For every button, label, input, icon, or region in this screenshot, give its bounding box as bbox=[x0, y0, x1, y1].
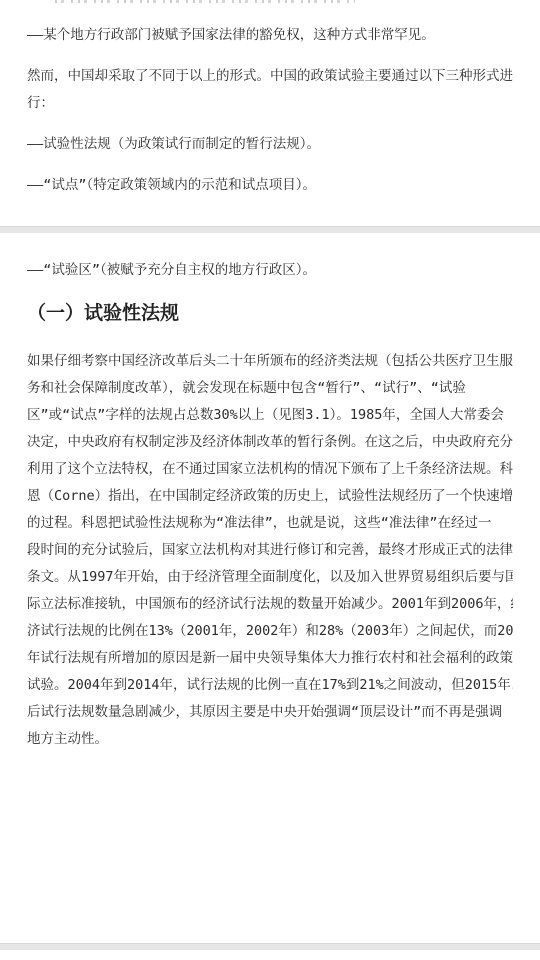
clipped-text-remnant bbox=[55, 0, 355, 3]
paragraph-line: 行： bbox=[27, 90, 513, 117]
page-gap-separator bbox=[0, 943, 540, 950]
paragraph-line: 年试行法规有所增加的原因是新一届中央领导集体大力推行农村和社会福利的政策 bbox=[27, 645, 513, 672]
paragraph-line: 区”或“试点”字样的法规占总数30%以上（见图3.1）。1985年，全国人大常委… bbox=[27, 402, 513, 429]
paragraph-line: 利用了这个立法特权，在不通过国家立法机构的情况下颁布了上千条经济法规。科 bbox=[27, 456, 513, 483]
paragraph: ——“试点”（特定政策领域内的示范和试点项目）。 bbox=[27, 172, 513, 199]
paragraph-line: 条文。从1997年开始，由于经济管理全面制度化，以及加入世界贸易组织后要与国 bbox=[27, 564, 513, 591]
section-heading: （一）试验性法规 bbox=[27, 298, 513, 328]
body-paragraph: 如果仔细考察中国经济改革后头二十年所颁布的经济类法规（包括公共医疗卫生服 务和社… bbox=[27, 348, 513, 753]
paragraph-line: 际立法标准接轨，中国颁布的经济试行法规的数量开始减少。2001年到2006年，经 bbox=[27, 591, 513, 618]
paragraph-line: 济试行法规的比例在13%（2001年，2002年）和28%（2003年）之间起伏… bbox=[27, 618, 513, 645]
paragraph-line: ——试验性法规（为政策试行而制定的暂行法规）。 bbox=[27, 131, 513, 158]
paragraph-line: 如果仔细考察中国经济改革后头二十年所颁布的经济类法规（包括公共医疗卫生服 bbox=[27, 348, 513, 375]
paragraph: 然而，中国却采取了不同于以上的形式。中国的政策试验主要通过以下三种形式进 行： bbox=[27, 63, 513, 117]
paragraph-line: ——“试点”（特定政策领域内的示范和试点项目）。 bbox=[27, 172, 513, 199]
paragraph: ——某个地方行政部门被赋予国家法律的豁免权，这种方式非常罕见。 bbox=[27, 22, 513, 49]
paragraph: ——“试验区”（被赋予充分自主权的地方行政区）。 bbox=[27, 257, 513, 284]
paragraph-line: 的过程。科恩把试验性法规称为“准法律”，也就是说，这些“准法律”在经过一 bbox=[27, 510, 513, 537]
page-previous[interactable]: ——某个地方行政部门被赋予国家法律的豁免权，这种方式非常罕见。 然而，中国却采取… bbox=[0, 0, 540, 226]
paragraph-line: 试验。2004年到2014年，试行法规的比例一直在17%到21%之间波动，但20… bbox=[27, 672, 513, 699]
paragraph-line: ——某个地方行政部门被赋予国家法律的豁免权，这种方式非常罕见。 bbox=[27, 22, 513, 49]
paragraph: ——试验性法规（为政策试行而制定的暂行法规）。 bbox=[27, 131, 513, 158]
page-current[interactable]: ——“试验区”（被赋予充分自主权的地方行政区）。 （一）试验性法规 如果仔细考察… bbox=[0, 233, 540, 943]
page-next[interactable] bbox=[0, 950, 540, 960]
paragraph-line: 恩（Corne）指出，在中国制定经济政策的历史上，试验性法规经历了一个快速增长 bbox=[27, 483, 513, 510]
paragraph-line: 后试行法规数量急剧减少，其原因主要是中央开始强调“顶层设计”而不再是强调 bbox=[27, 699, 513, 726]
paragraph-line: 务和社会保障制度改革），就会发现在标题中包含“暂行”、“试行”、“试验 bbox=[27, 375, 513, 402]
page-gap-separator bbox=[0, 226, 540, 233]
paragraph-line: 地方主动性。 bbox=[27, 726, 513, 753]
paragraph-line: 段时间的充分试验后，国家立法机构对其进行修订和完善，最终才形成正式的法律 bbox=[27, 537, 513, 564]
paragraph-line: 决定，中央政府有权制定涉及经济体制改革的暂行条例。在这之后，中央政府充分 bbox=[27, 429, 513, 456]
paragraph-line: ——“试验区”（被赋予充分自主权的地方行政区）。 bbox=[27, 257, 513, 284]
ebook-reader-viewport: ——某个地方行政部门被赋予国家法律的豁免权，这种方式非常罕见。 然而，中国却采取… bbox=[0, 0, 540, 960]
paragraph-line: 然而，中国却采取了不同于以上的形式。中国的政策试验主要通过以下三种形式进 bbox=[27, 63, 513, 90]
